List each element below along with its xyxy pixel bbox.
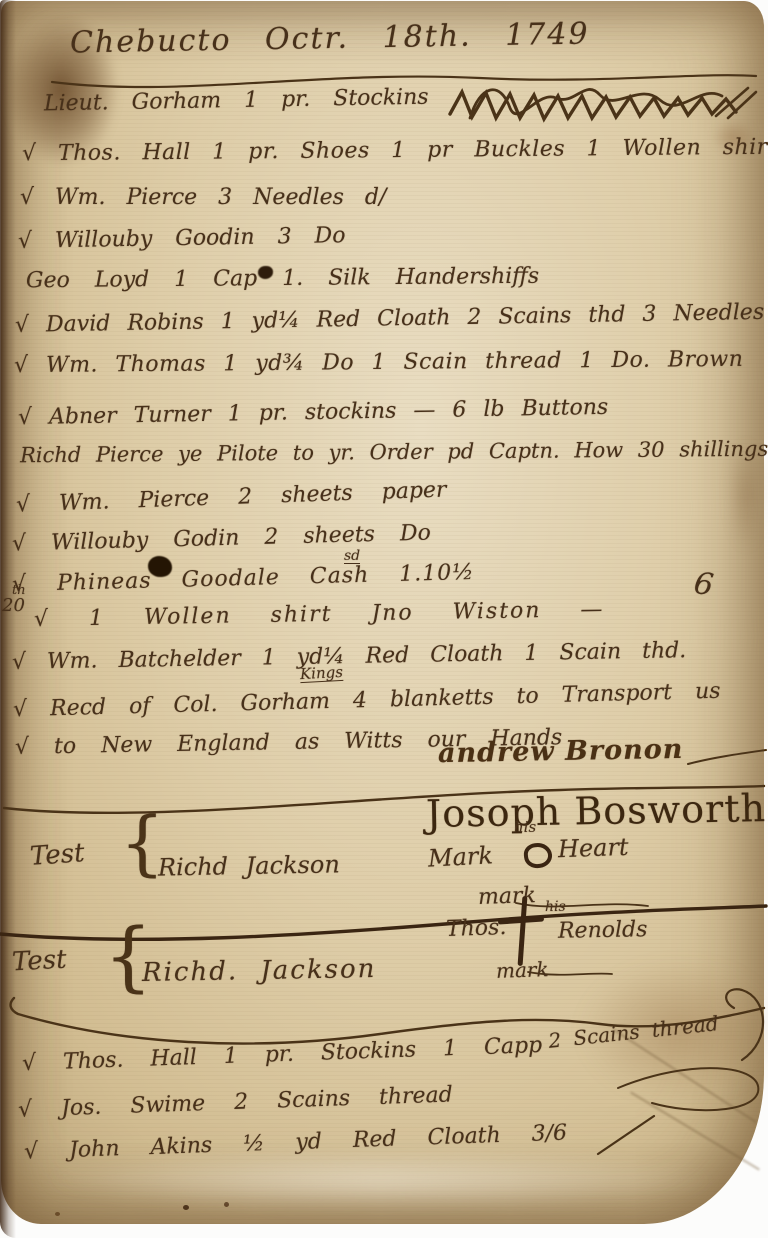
renolds-name: Renolds bbox=[558, 919, 648, 943]
binding-edge bbox=[0, 0, 16, 1238]
ledger-line: √ Willouby Goodin 3 Do bbox=[18, 225, 346, 253]
ledger-line: √ Wm. Pierce 3 Needles d/ bbox=[20, 187, 386, 209]
his-annotation-2: his bbox=[545, 900, 566, 914]
signature-joseph: Josoph Bosworth bbox=[426, 789, 767, 833]
scanned-page: Chebucto Octr. 18th. 1749 Lieut. Gorham … bbox=[0, 0, 768, 1238]
witness-test-label: Test bbox=[29, 840, 85, 870]
signature-andrew: andrew Bronon bbox=[438, 736, 684, 767]
witness-name-2: Richd. Jackson bbox=[142, 956, 377, 986]
ledger-line: Geo Loyd 1 Cap 1. Silk Handershiffs bbox=[26, 266, 539, 292]
witness-test-label-2: Test bbox=[11, 947, 67, 976]
mark-word-cap: Mark bbox=[427, 843, 493, 870]
inserted-word-kings: Kings bbox=[300, 665, 344, 683]
superscript-sd: sd bbox=[344, 549, 360, 564]
margin-day: 20 bbox=[2, 597, 25, 615]
page-title: Chebucto Octr. 18th. 1749 bbox=[70, 19, 590, 58]
his-annotation-1: his bbox=[514, 820, 536, 835]
heart-word: Heart bbox=[558, 835, 629, 861]
mark-word-2: mark bbox=[496, 959, 549, 981]
witness-name-1: Richd Jackson bbox=[158, 852, 340, 879]
